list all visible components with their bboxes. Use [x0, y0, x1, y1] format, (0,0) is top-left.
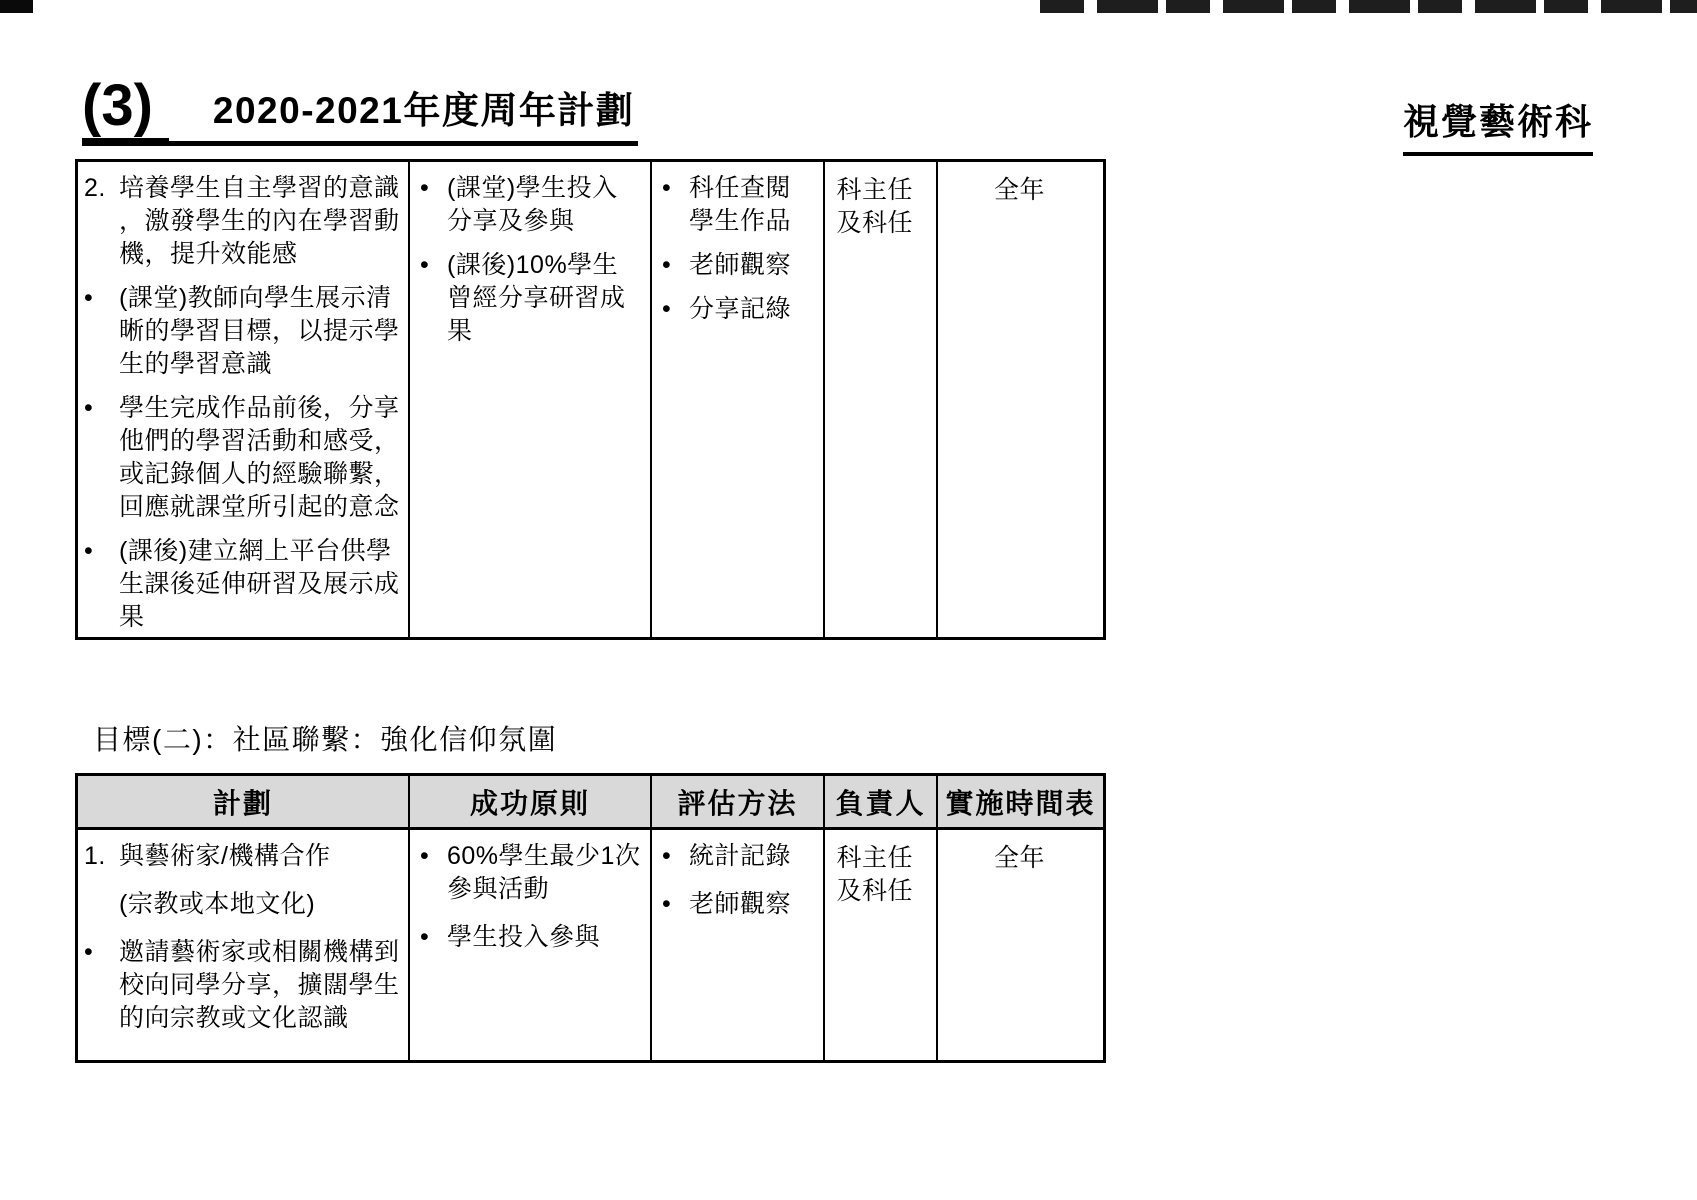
timetable-cell: 全年 [936, 162, 1103, 637]
bullet-item: • 學生投入參與 [420, 921, 642, 954]
item-text: 老師觀察 [689, 888, 815, 921]
timetable-cell: 全年 [936, 830, 1103, 1060]
column-header-success: 成功原則 [408, 776, 650, 830]
evaluation-cell: • 科任查閱學生作品 • 老師觀察 • 分享記綠 [650, 162, 823, 637]
bullet-icon: • [420, 172, 447, 238]
bullet-item: • (課後)10%學生曾經分享研習成果 [420, 249, 642, 348]
column-header-evaluation: 評估方法 [650, 776, 823, 830]
column-header-responsible: 負責人 [823, 776, 936, 830]
bullet-icon: • [420, 840, 447, 906]
bullet-item: • 統計記錄 [662, 840, 815, 873]
bullet-item: • 邀請藝術家或相關機構到校向同學分享，擴闊學生的向宗教或文化認識 [84, 936, 400, 1035]
section-number: (3) [82, 74, 169, 146]
scan-artifact-corner [0, 0, 33, 13]
item-text: (課堂)教師向學生展示清晰的學習目標，以提示學生的學習意識 [119, 282, 400, 381]
bullet-icon: • [662, 249, 689, 282]
bullet-icon: • [84, 282, 119, 381]
item-text: 60%學生最少1次參與活動 [447, 840, 642, 906]
column-header-timetable: 實施時間表 [936, 776, 1103, 830]
bullet-item: • 科任查閱學生作品 [662, 172, 815, 238]
numbered-item: 2. 培養學生自主學習的意識，激發學生的內在學習動機，提升效能感 [84, 172, 400, 271]
document-page: (3) 2020-2021年度周年計劃 視覺藝術科 2. 培養學生自主學習的意識… [0, 0, 1697, 1200]
bullet-icon: • [84, 936, 119, 1035]
page-title: 2020-2021年度周年計劃 [169, 86, 638, 146]
sub-item: (宗教或本地文化) [84, 888, 400, 921]
item-text: 學生投入參與 [447, 921, 642, 954]
list-number: 1. [84, 840, 119, 873]
item-text: 邀請藝術家或相關機構到校向同學分享，擴闊學生的向宗教或文化認識 [119, 936, 400, 1035]
plan-cell: 1. 與藝術家/機構合作 (宗教或本地文化) • 邀請藝術家或相關機構到校向同學… [78, 830, 408, 1060]
bullet-icon: • [662, 888, 689, 921]
item-text: (課堂)學生投入分享及參與 [447, 172, 642, 238]
goal2-table: 計劃 成功原則 評估方法 負責人 實施時間表 1. 與藝術家/機構合作 (宗教或… [75, 773, 1106, 1063]
bullet-item: • (課後)建立網上平台供學生課後延伸研習及展示成果 [84, 535, 400, 634]
bullet-item: • 老師觀察 [662, 888, 815, 921]
bullet-icon: • [662, 293, 689, 326]
item-text: 培養學生自主學習的意識，激發學生的內在學習動機，提升效能感 [119, 172, 400, 271]
subject-title: 視覺藝術科 [1403, 94, 1593, 156]
numbered-item: 1. 與藝術家/機構合作 [84, 840, 400, 873]
bullet-item: • (課堂)學生投入分享及參與 [420, 172, 642, 238]
annual-plan-table: 2. 培養學生自主學習的意識，激發學生的內在學習動機，提升效能感 • (課堂)教… [75, 159, 1106, 640]
item-text: (課後)10%學生曾經分享研習成果 [447, 249, 642, 348]
item-text: (宗教或本地文化) [119, 888, 400, 921]
bullet-icon: • [84, 535, 119, 634]
bullet-item: • 學生完成作品前後，分享他們的學習活動和感受，或記錄個人的經驗聯繫，回應就課堂… [84, 392, 400, 524]
bullet-icon: • [420, 921, 447, 954]
item-text: 分享記綠 [689, 293, 815, 326]
success-criteria-cell: • 60%學生最少1次參與活動 • 學生投入參與 [408, 830, 650, 1060]
bullet-icon: • [662, 172, 689, 238]
responsible-cell: 科主任及科任 [823, 830, 936, 1060]
timetable-text: 全年 [994, 844, 1045, 872]
item-text: 老師觀察 [689, 249, 815, 282]
bullet-icon: • [662, 840, 689, 873]
responsible-text: 科主任及科任 [837, 174, 923, 240]
bullet-item: • 老師觀察 [662, 249, 815, 282]
timetable-text: 全年 [994, 176, 1045, 204]
responsible-text: 科主任及科任 [837, 842, 923, 908]
bullet-icon: • [420, 249, 447, 348]
item-text: 學生完成作品前後，分享他們的學習活動和感受，或記錄個人的經驗聯繫，回應就課堂所引… [119, 392, 400, 524]
column-header-plan: 計劃 [78, 776, 408, 830]
evaluation-cell: • 統計記錄 • 老師觀察 [650, 830, 823, 1060]
plan-cell: 2. 培養學生自主學習的意識，激發學生的內在學習動機，提升效能感 • (課堂)教… [78, 162, 408, 637]
bullet-icon: • [84, 392, 119, 524]
bullet-item: • (課堂)教師向學生展示清晰的學習目標，以提示學生的學習意識 [84, 282, 400, 381]
item-text: (課後)建立網上平台供學生課後延伸研習及展示成果 [119, 535, 400, 634]
scan-artifact-strip [1040, 0, 1697, 13]
list-number: 2. [84, 172, 119, 271]
goal2-heading: 目標(二)：社區聯繫：強化信仰氛圍 [93, 718, 557, 758]
item-text: 統計記錄 [689, 840, 815, 873]
responsible-cell: 科主任及科任 [823, 162, 936, 637]
page-header: (3) 2020-2021年度周年計劃 [82, 74, 638, 146]
bullet-item: • 60%學生最少1次參與活動 [420, 840, 642, 906]
bullet-item: • 分享記綠 [662, 293, 815, 326]
success-criteria-cell: • (課堂)學生投入分享及參與 • (課後)10%學生曾經分享研習成果 [408, 162, 650, 637]
item-text: 科任查閱學生作品 [689, 172, 815, 238]
item-text: 與藝術家/機構合作 [119, 840, 400, 873]
